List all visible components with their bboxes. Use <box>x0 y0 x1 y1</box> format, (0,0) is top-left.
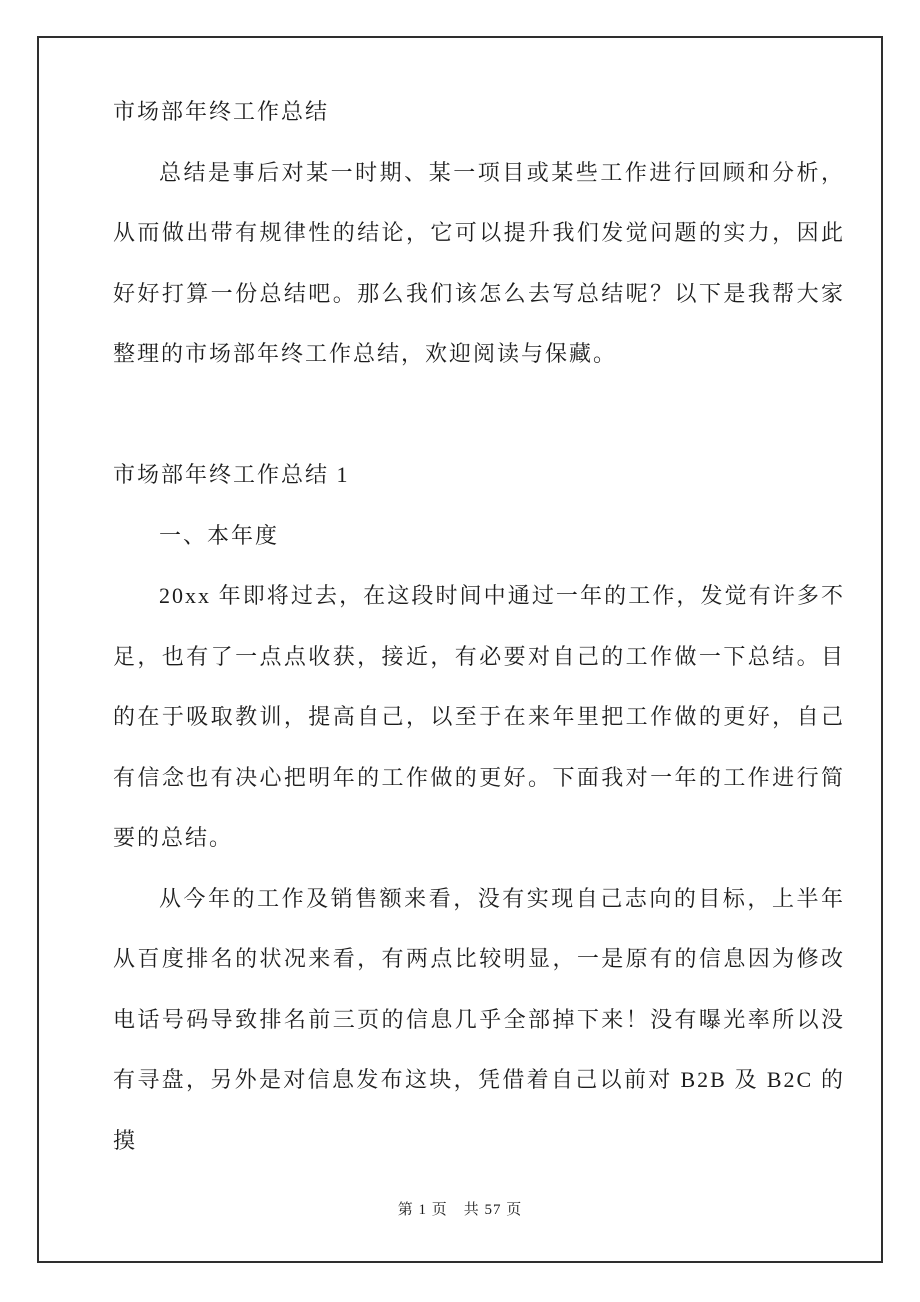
paragraph-line: 从今年的工作及销售额来看，没有实现自己志向的目标，上半年 <box>113 869 845 930</box>
paragraph-line: 好好打算一份总结吧。那么我们该怎么去写总结呢？以下是我帮大家 <box>113 264 845 325</box>
document-body: 市场部年终工作总结 总结是事后对某一时期、某一项目或某些工作进行回顾和分析， 从… <box>113 82 845 1171</box>
page-footer: 第 1 页共 57 页 <box>0 1196 920 1224</box>
document-page: 市场部年终工作总结 总结是事后对某一时期、某一项目或某些工作进行回顾和分析， 从… <box>0 0 920 1302</box>
paragraph-line: 整理的市场部年终工作总结，欢迎阅读与保藏。 <box>113 324 845 385</box>
blank-line <box>113 385 845 446</box>
paragraph-line: 20xx 年即将过去，在这段时间中通过一年的工作，发觉有许多不 <box>113 566 845 627</box>
paragraph-line: 有信念也有决心把明年的工作做的更好。下面我对一年的工作进行简 <box>113 748 845 809</box>
paragraph-line: 的在于吸取教训，提高自己，以至于在来年里把工作做的更好，自己 <box>113 687 845 748</box>
page-number-total: 共 57 页 <box>464 1202 523 1218</box>
paragraph-line: 足，也有了一点点收获，接近，有必要对自己的工作做一下总结。目 <box>113 627 845 688</box>
paragraph-line: 从百度排名的状况来看，有两点比较明显，一是原有的信息因为修改 <box>113 929 845 990</box>
page-number-current: 第 1 页 <box>398 1202 448 1218</box>
document-title: 市场部年终工作总结 <box>113 82 845 143</box>
paragraph-line: 有寻盘，另外是对信息发布这块，凭借着自己以前对 B2B 及 B2C 的摸 <box>113 1050 845 1171</box>
subsection-heading: 一、本年度 <box>113 506 845 567</box>
section-heading: 市场部年终工作总结 1 <box>113 445 845 506</box>
paragraph-line: 电话号码导致排名前三页的信息几乎全部掉下来！没有曝光率所以没 <box>113 990 845 1051</box>
paragraph-line: 总结是事后对某一时期、某一项目或某些工作进行回顾和分析， <box>113 143 845 204</box>
paragraph-line: 要的总结。 <box>113 808 845 869</box>
paragraph-line: 从而做出带有规律性的结论，它可以提升我们发觉问题的实力，因此 <box>113 203 845 264</box>
